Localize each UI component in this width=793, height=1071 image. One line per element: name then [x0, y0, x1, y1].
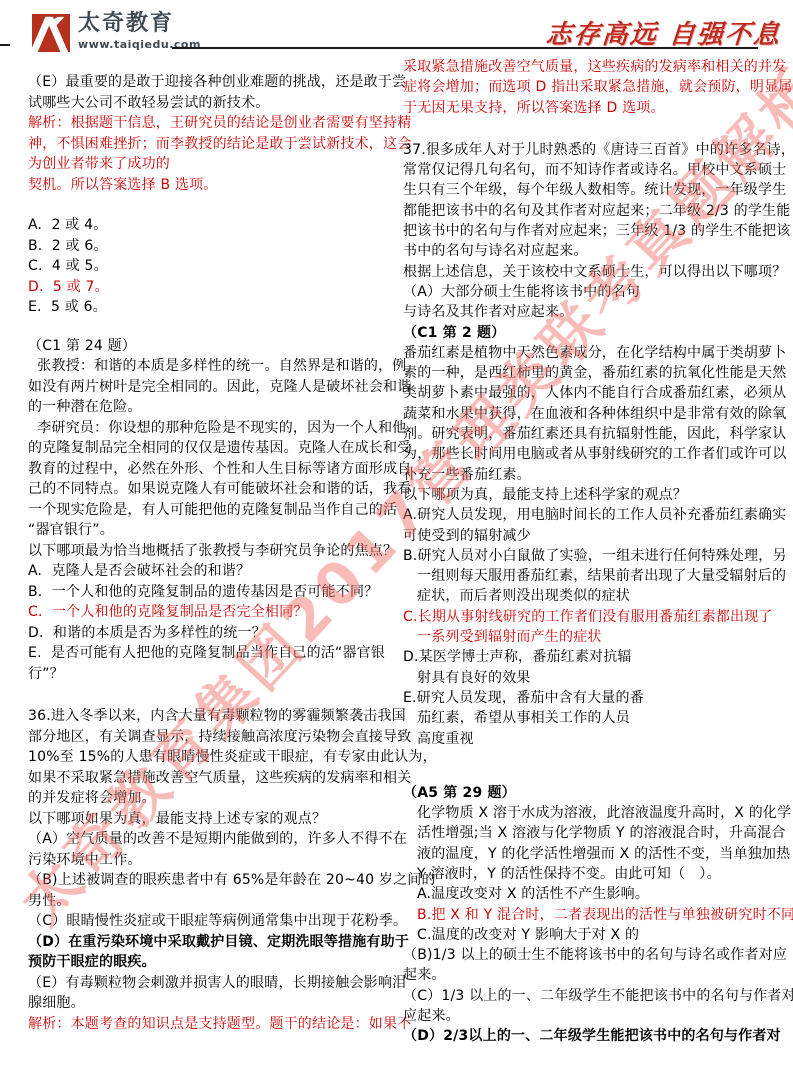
text-line: 于无因无果支持，所以答案选择 D 选项。: [403, 98, 775, 118]
text-line: 茄红素，希望从事相关工作的人员: [403, 708, 775, 728]
text-line: C.长期从事射线研究的工作者们没有服用番茄红素都出现了: [403, 607, 775, 627]
text-line: 污染环境中工作。: [28, 850, 394, 871]
text-line: 试哪些大公司不敢轻易尝试的新技术。: [28, 93, 394, 114]
text-line: D.某医学博士声称，番茄红素对抗辐: [403, 647, 775, 667]
text-line: 采取紧急措施改善空气质量，这些疾病的发病率和相关的并发: [403, 57, 775, 77]
text-line: （E）有毒颗粒物会刺激并损害人的眼睛，长期接触会影响泪: [28, 973, 394, 994]
text-line: 液的温度，Y 的化学活性增强而 X 的活性不变，当单独加热: [403, 844, 775, 864]
text-line: 预防干眼症的眼疾。: [28, 952, 394, 973]
text-line: C.温度的改变对 Y 影响大于对 X 的: [403, 925, 775, 945]
text-line: E. 5 或 6。: [28, 297, 394, 318]
text-line: 10%至 15%的人患有眼睛慢性炎症或干眼症，有专家由此认为，: [28, 747, 394, 768]
text-line: 如没有两片树叶是完全相同的。因此，克隆人是破坏社会和谐: [28, 377, 394, 398]
text-line: 的克隆复制品完全相同的仅仅是遗传基因。克隆人在成长和受: [28, 438, 394, 459]
text-line: 化学物质 X 溶于水成为溶液，此溶液温度升高时，X 的化学: [403, 803, 775, 823]
text-line: Y 溶液时，Y 的活性保持不变。由此可知（ ）。: [403, 864, 775, 884]
text-line: A.研究人员发现，用电脑时间长的工作人员补充番茄红素确实: [403, 505, 775, 525]
text-line: A. 2 或 4。: [28, 215, 394, 236]
text-line: 把该书中的名句与作者对应起来；三年级 1/3 的学生不能把该: [403, 221, 775, 241]
text-line: 高度重视: [403, 729, 775, 749]
text-line: E. 是否可能有人把他的克隆复制品当作自己的活“器官银: [28, 643, 394, 664]
document-page: 太奇教育 www.taiqiedu.com 志存高远 自强不息 （E）最重要的是…: [0, 0, 793, 1071]
text-line: （A）大部分硕士生能将该书中的名句: [403, 282, 775, 302]
text-line: “器官银行”。: [28, 520, 394, 541]
text-line: 李研究员：你设想的那种危险是不现实的，因为一个人和他: [28, 418, 394, 439]
text-line: （E）最重要的是敢于迎接各种创业难题的挑战，还是敢于尝: [28, 72, 394, 93]
text-line: 类胡萝卜素中最强的，人体内不能自行合成番茄红素，必须从: [403, 383, 775, 403]
text-line: 活性增强;当 X 溶液与化学物质 Y 的溶液混合时，升高混合: [403, 823, 775, 843]
text-line: 腺细胞。: [28, 993, 394, 1014]
text-line: （A5 第 29 题）: [403, 783, 775, 803]
text-line: 射具有良好的效果: [403, 668, 775, 688]
header-slogan: 志存高远 自强不息: [545, 14, 783, 51]
text-line: D. 5 或 7。: [28, 277, 394, 298]
text-line: （C）1/3 以上的一、二年级学生不能把该书中的名句与作者对: [403, 986, 775, 1006]
text-line: 的一种潜在危险。: [28, 397, 394, 418]
text-line: 37.很多成年人对于儿时熟悉的《唐诗三百首》中的许多名诗，: [403, 140, 775, 160]
text-line: E.研究人员发现，番茄中含有大量的番: [403, 688, 775, 708]
text-line: （A）空气质量的改善不是短期内能做到的，许多人不得不在: [28, 829, 394, 850]
text-line: 部分地区，有关调查显示，持续接触高浓度污染物会直接导致: [28, 727, 394, 748]
brand-name: 太奇教育: [78, 12, 201, 36]
text-line: （C1 第 24 题）: [28, 336, 394, 357]
text-line: 可使受到的辐射减少: [403, 526, 775, 546]
text-line: 张教授：和谐的本质是多样性的统一。自然界是和谐的，例: [28, 356, 394, 377]
text-line: A. 克隆人是否会破坏社会的和谐？: [28, 561, 394, 582]
text-line: 应起来。: [403, 1006, 775, 1026]
text-line: D. 和谐的本质是否为多样性的统一？: [28, 623, 394, 644]
text-line: 一个现实危险是，有人可能把他的克隆复制品当作自己的活: [28, 500, 394, 521]
text-line: 素的一种，是西红柿里的黄金，番茄红素的抗氧化性能是天然: [403, 363, 775, 383]
text-line: 以下哪项如果为真，最能支持上述专家的观点？: [28, 809, 394, 830]
text-line: 根据上述信息，关于该校中文系硕士生，可以得出以下哪项？: [403, 262, 775, 282]
text-line: 一组则每天服用番茄红素，结果前者出现了大量受辐射后的: [403, 566, 775, 586]
text-line: 的并发症将会增加。: [28, 788, 394, 809]
text-line: 蔬菜和水果中获得，在血液和各种体组织中是非常有效的除氧: [403, 404, 775, 424]
text-line: 神，不惧困难挫折；而李教授的结论是敢于尝试新技术，这会: [28, 134, 394, 155]
spacer: [28, 318, 394, 336]
spacer: [403, 118, 775, 140]
text-line: 生只有三个年级，每个年级人数相等。统计发现，一年级学生: [403, 180, 775, 200]
text-line: 一系列受到辐射而产生的症状: [403, 627, 775, 647]
spacer: [28, 684, 394, 706]
text-line: 解析：根据题干信息，王研究员的结论是创业者需要有坚持精: [28, 113, 394, 134]
text-line: 补充一些番茄红素。: [403, 465, 775, 485]
text-line: 剂。研究表明，番茄红素还具有抗辐射性能，因此，科学家认: [403, 424, 775, 444]
text-line: 常常仅记得几句名句，而不知诗作者或诗名。甲校中文系硕士: [403, 160, 775, 180]
brand-block: 太奇教育 www.taiqiedu.com: [78, 12, 201, 51]
text-line: 与诗名及其作者对应起来。: [403, 302, 775, 322]
text-line: 以下哪项为真，最能支持上述科学家的观点？: [403, 485, 775, 505]
page-header: 太奇教育 www.taiqiedu.com 志存高远 自强不息: [0, 0, 793, 56]
text-line: 解析：本题考查的知识点是支持题型。题干的结论是：如果不: [28, 1014, 394, 1035]
text-line: 起来。: [403, 965, 775, 985]
right-column: 采取紧急措施改善空气质量，这些疾病的发病率和相关的并发症将会增加；而选项 D 指…: [403, 57, 775, 1047]
text-line: （D）在重污染环境中采取戴护目镜、定期洗眼等措施有助于: [28, 932, 394, 953]
text-line: 书中的名句与诗名对应起来。: [403, 241, 775, 261]
text-line: 番茄红素是植物中天然色素成分，在化学结构中属于类胡萝卜: [403, 343, 775, 363]
text-line: 症状，而后者则没出现类似的症状: [403, 586, 775, 606]
left-edge-dash: [0, 44, 10, 46]
text-line: 为创业者带来了成功的: [28, 154, 394, 175]
taiqi-logo-icon: [32, 13, 70, 53]
text-line: B. 2 或 6。: [28, 236, 394, 257]
text-line: B. 一个人和他的克隆复制品的遗传基因是否可能不同？: [28, 582, 394, 603]
text-line: 男性。: [28, 891, 394, 912]
text-line: 契机。所以答案选择 B 选项。: [28, 175, 394, 196]
text-line: 36.进入冬季以来，内含大量有毒颗粒物的雾霾频繁袭击我国: [28, 706, 394, 727]
text-line: 如果不采取紧急措施改善空气质量，这些疾病的发病率和相关: [28, 768, 394, 789]
text-line: （C）眼睛慢性炎症或干眼症等病例通常集中出现于花粉季。: [28, 911, 394, 932]
text-line: （C1 第 2 题）: [403, 323, 775, 343]
text-line: C. 4 或 5。: [28, 256, 394, 277]
text-line: 为，那些长时间用电脑或者从事射线研究的工作者们或许可以: [403, 444, 775, 464]
text-line: 教育的过程中，必然在外形、个性和人生目标等诸方面形成自: [28, 459, 394, 480]
text-line: 以下哪项最为恰当地概括了张教授与李研究员争论的焦点？: [28, 541, 394, 562]
spacer: [28, 195, 394, 215]
text-line: A.温度改变对 X 的活性不产生影响。: [403, 884, 775, 904]
text-line: （B)1/3 以上的硕士生不能将该书中的名句与诗名或作者对应: [403, 945, 775, 965]
text-line: C. 一个人和他的克隆复制品是否完全相同？: [28, 602, 394, 623]
text-line: 己的不同特点。如果说克隆人有可能破坏社会和谐的话，我看: [28, 479, 394, 500]
text-line: B.把 X 和 Y 混合时，二者表现出的活性与单独被研究时不同。: [403, 905, 775, 925]
text-line: B.研究人员对小白鼠做了实验，一组未进行任何特殊处理，另: [403, 546, 775, 566]
left-column: （E）最重要的是敢于迎接各种创业难题的挑战，还是敢于尝试哪些大公司不敢轻易尝试的…: [28, 72, 394, 1034]
text-line: 症将会增加；而选项 D 指出采取紧急措施，就会预防，明显属: [403, 77, 775, 97]
text-line: （B)上述被调查的眼疾患者中有 65%是年龄在 20~40 岁之间的: [28, 870, 394, 891]
brand-url: www.taiqiedu.com: [78, 38, 201, 51]
spacer: [403, 749, 775, 783]
text-line: 都能把该书中的名句及其作者对应起来；二年级 2/3 的学生能: [403, 201, 775, 221]
text-line: 行”？: [28, 664, 394, 685]
text-line: （D）2/3以上的一、二年级学生能把该书中的名句与作者对: [403, 1026, 775, 1046]
